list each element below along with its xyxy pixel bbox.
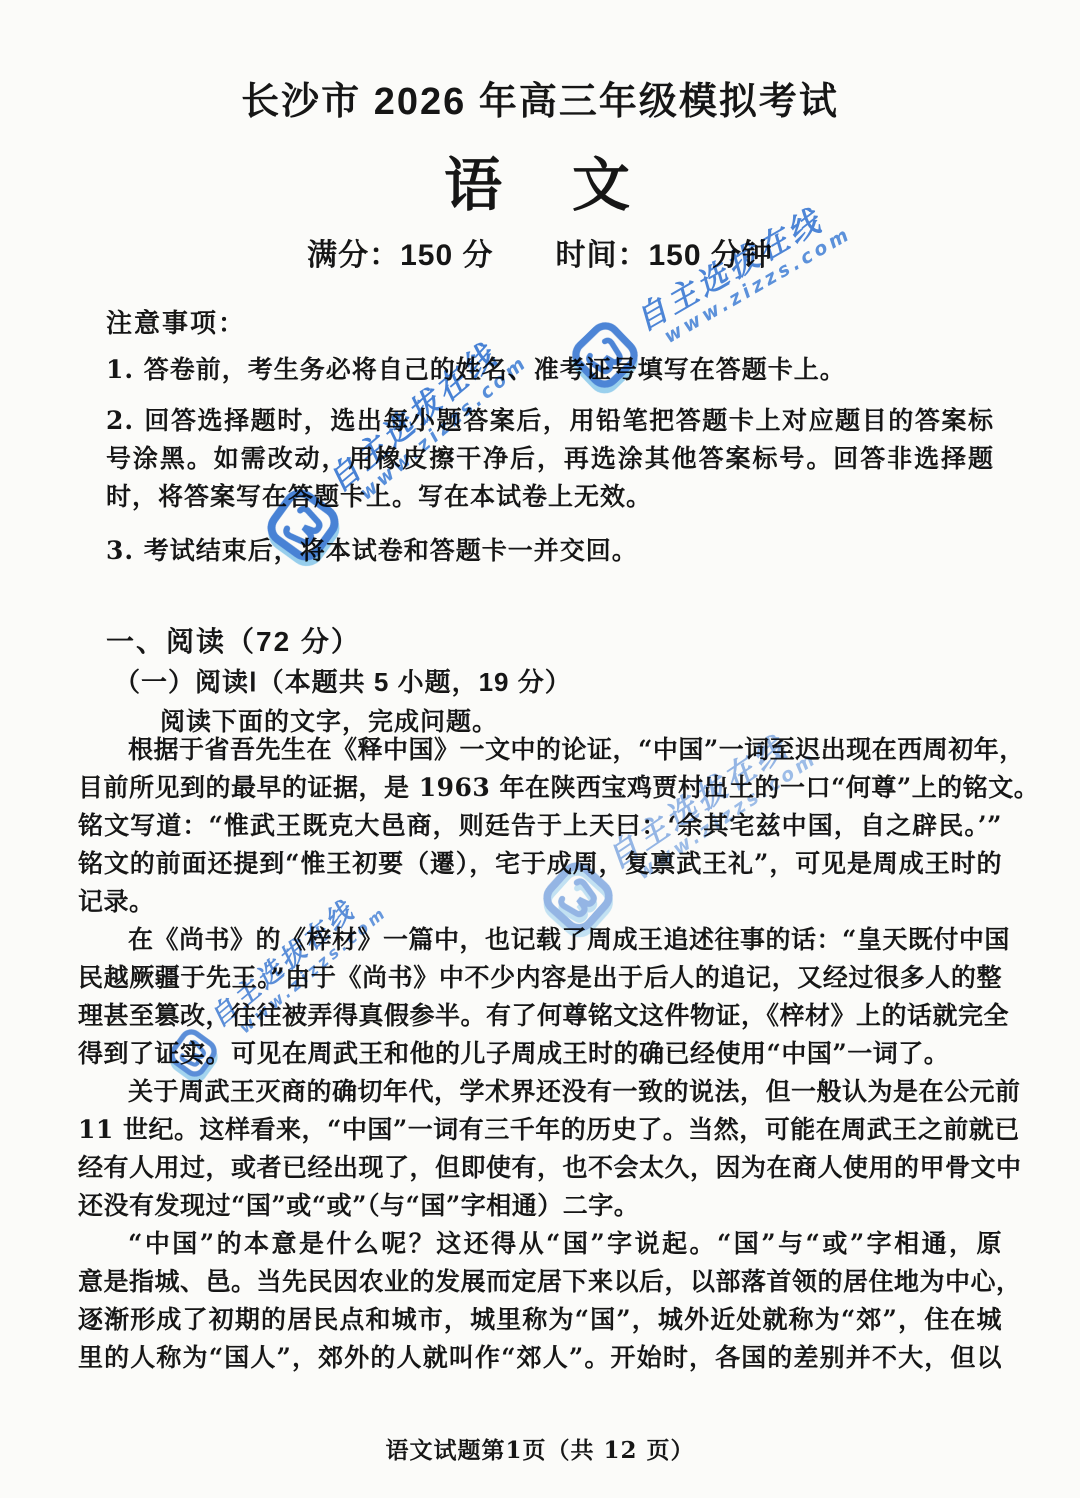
subject-title: 语 文 — [0, 138, 1080, 222]
passage-line: 还没有发现过“国”或“或”（与“国”字相通）二字。 — [78, 1187, 1002, 1225]
passage-line: 铭文的前面还提到“惟王初要（遷），宅于成周，复禀武王礼”，可见是周成王时的 — [78, 845, 1002, 883]
passage-line: 理甚至篡改，往往被弄得真假参半。有了何尊铭文这件物证，《梓材》上的话就完全 — [78, 997, 1002, 1035]
notice-item-2: 2. 回答选择题时，选出每小题答案后，用铅笔把答题卡上对应题目的答案标号涂黑。如… — [106, 402, 994, 516]
exam-meta: 满分：150 分 时间：150 分钟 — [0, 230, 1080, 274]
passage-line: 意是指城、邑。当先民因农业的发展而定居下来以后，以部落首领的居住地为中心， — [78, 1263, 1002, 1301]
notice-item-1: 1. 答卷前，考生务必将自己的姓名、准考证号填写在答题卡上。 — [106, 351, 994, 389]
section-heading-reading: 一、阅读（72 分） — [106, 620, 361, 660]
page-footer: 语文试题第1页（共 12 页） — [0, 1432, 1080, 1465]
notice-item-3: 3. 考试结束后，将本试卷和答题卡一并交回。 — [106, 532, 994, 570]
passage-line: 11 世纪。这样看来，“中国”一词有三千年的历史了。当然，可能在周武王之前就已 — [78, 1111, 1002, 1149]
passage-line: 根据于省吾先生在《释中国》一文中的论证，“中国”一词至迟出现在西周初年， — [78, 731, 1002, 769]
exam-paper-page: 长沙市 2026 年高三年级模拟考试 语 文 满分：150 分 时间：150 分… — [0, 0, 1080, 1498]
passage-line: “中国”的本意是什么呢？这还得从“国”字说起。“国”与“或”字相通，原 — [78, 1225, 1002, 1263]
passage-line: 铭文写道：“惟武王既克大邑商，则廷告于上天曰：‘余其宅兹中国，自之辟民。’” — [78, 807, 1002, 845]
notices-section: 注意事项： 1. 答卷前，考生务必将自己的姓名、准考证号填写在答题卡上。 2. … — [106, 303, 994, 570]
passage-line: 记录。 — [78, 883, 1002, 921]
subsection-heading-reading-1: （一）阅读Ⅰ（本题共 5 小题，19 分） — [114, 662, 572, 699]
passage-line: 关于周武王灭商的确切年代，学术界还没有一致的说法，但一般认为是在公元前 — [78, 1073, 1002, 1111]
exam-title: 长沙市 2026 年高三年级模拟考试 — [0, 70, 1080, 125]
passage-line: 得到了证实。可见在周武王和他的儿子周成王时的确已经使用“中国”一词了。 — [78, 1035, 1002, 1073]
reading-passage: 根据于省吾先生在《释中国》一文中的论证，“中国”一词至迟出现在西周初年， 目前所… — [78, 731, 1002, 1377]
passage-line: 民越厥疆于先王。”由于《尚书》中不少内容是出于后人的追记，又经过很多人的整 — [78, 959, 1002, 997]
passage-line: 里的人称为“国人”，郊外的人就叫作“郊人”。开始时，各国的差别并不大，但以 — [78, 1339, 1002, 1377]
passage-line: 逐渐形成了初期的居民点和城市，城里称为“国”，城外近处就称为“郊”，住在城 — [78, 1301, 1002, 1339]
notices-heading: 注意事项： — [106, 303, 994, 340]
passage-line: 目前所见到的最早的证据，是 1963 年在陕西宝鸡贾村出土的一口“何尊”上的铭文… — [78, 769, 1002, 807]
passage-line: 在《尚书》的《梓材》一篇中，也记载了周成王追述往事的话：“皇天既付中国 — [78, 921, 1002, 959]
passage-line: 经有人用过，或者已经出现了，但即使有，也不会太久，因为在商人使用的甲骨文中 — [78, 1149, 1002, 1187]
